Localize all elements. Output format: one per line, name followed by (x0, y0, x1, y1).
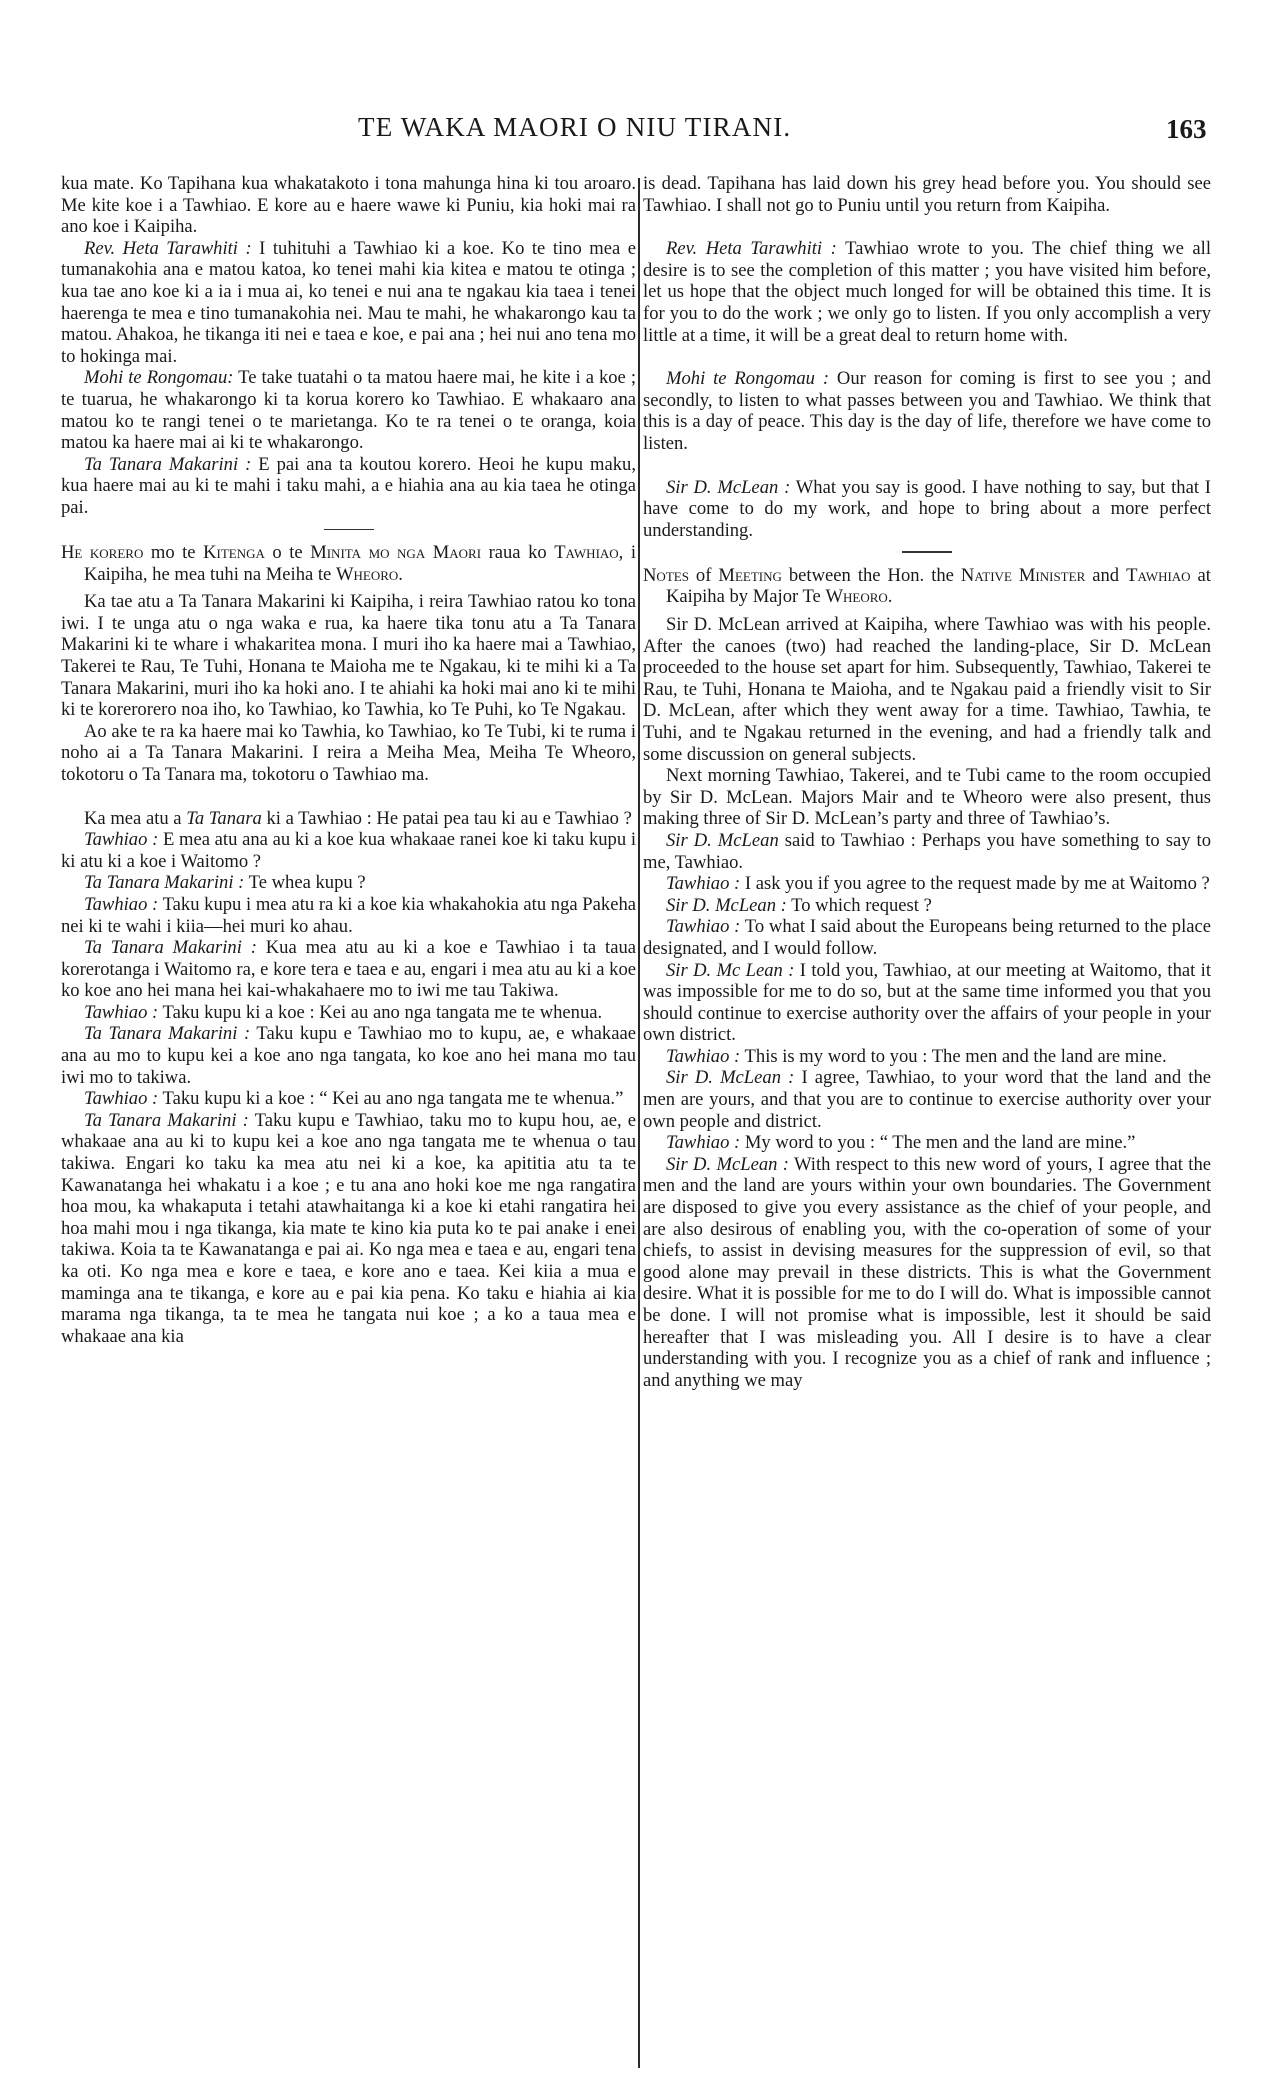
paragraph: Tawhiao : Taku kupu ki a koe : Kei au an… (61, 1002, 636, 1024)
paragraph: Sir D. McLean : To which request ? (643, 895, 1211, 917)
paragraph: Rev. Heta Tarawhiti : I tuhituhi a Tawhi… (61, 238, 636, 368)
speaker-name: Tawhiao : (666, 1046, 740, 1067)
speaker-name: Sir D. McLean (666, 830, 779, 851)
paragraph: Tawhiao : I ask you if you agree to the … (643, 873, 1211, 895)
paragraph: Rev. Heta Tarawhiti : Tawhiao wrote to y… (643, 238, 1211, 346)
speaker-name: Sir D. McLean : (666, 477, 790, 498)
speaker-name: Sir D. Mc Lean : (666, 960, 794, 981)
speaker-name: Tawhiao : (666, 873, 740, 894)
paragraph: Ta Tanara Makarini : Taku kupu e Tawhiao… (61, 1023, 636, 1088)
paragraph: Sir D. McLean arrived at Kaipiha, where … (643, 614, 1211, 765)
section-divider-rule (324, 529, 374, 531)
speaker-name: Tawhiao : (666, 916, 740, 937)
paragraph: is dead. Tapihana has laid down his grey… (643, 173, 1211, 216)
paragraph: Mohi te Rongomau: Te take tuatahi o ta m… (61, 367, 636, 453)
speaker-name: Tawhiao : (84, 1088, 158, 1109)
speaker-name: Ta Tanara Makarini : (84, 937, 257, 958)
paragraph: Sir D. McLean : What you say is good. I … (643, 477, 1211, 542)
speaker-name: Mohi te Rongomau : (666, 368, 829, 389)
speaker-name: Ta Tanara (186, 808, 262, 829)
paragraph: Ta Tanara Makarini : Taku kupu e Tawhiao… (61, 1110, 636, 1348)
paragraph: Tawhiao : Taku kupu i mea atu ra ki a ko… (61, 894, 636, 937)
speaker-name: Tawhiao : (84, 829, 158, 850)
paragraph: Sir D. McLean : With respect to this new… (643, 1154, 1211, 1392)
paragraph: Ka tae atu a Ta Tanara Makarini ki Kaipi… (61, 591, 636, 721)
paragraph: Tawhiao : My word to you : “ The men and… (643, 1132, 1211, 1154)
section-heading: He korero mo te Kitenga o te Minita mo n… (61, 542, 636, 585)
paragraph: Tawhiao : E mea atu ana au ki a koe kua … (61, 829, 636, 872)
speaker-name: Tawhiao : (84, 894, 158, 915)
speaker-name: Ta Tanara Makarini : (84, 1023, 250, 1044)
page-number: 163 (1166, 114, 1207, 145)
paragraph: Ta Tanara Makarini : Te whea kupu ? (61, 872, 636, 894)
speaker-name: Sir D. McLean : (666, 1154, 789, 1175)
speaker-name: Rev. Heta Tarawhiti : (84, 238, 252, 259)
column-divider (638, 178, 640, 2068)
section-heading: Notes of Meeting between the Hon. the Na… (643, 565, 1211, 608)
speaker-name: Tawhiao : (84, 1002, 158, 1023)
speaker-name: Sir D. McLean : (666, 1067, 794, 1088)
paragraph: Sir D. McLean said to Tawhiao : Perhaps … (643, 830, 1211, 873)
running-title: TE WAKA MAORI O NIU TIRANI. (358, 112, 791, 143)
speaker-name: Sir D. McLean : (666, 895, 787, 916)
maori-text-column: kua mate. Ko Tapihana kua whakatakoto i … (61, 173, 636, 1347)
speaker-name: Mohi te Rongomau: (84, 367, 233, 388)
paragraph: Ka mea atu a Ta Tanara ki a Tawhiao : He… (61, 808, 636, 830)
paragraph: kua mate. Ko Tapihana kua whakatakoto i … (61, 173, 636, 238)
english-text-column: is dead. Tapihana has laid down his grey… (643, 173, 1211, 1391)
paragraph: Sir D. McLean : I agree, Tawhiao, to you… (643, 1067, 1211, 1132)
paragraph: Ta Tanara Makarini : E pai ana ta koutou… (61, 454, 636, 519)
paragraph: Sir D. Mc Lean : I told you, Tawhiao, at… (643, 960, 1211, 1046)
paragraph: Tawhiao : To what I said about the Europ… (643, 916, 1211, 959)
section-divider-rule (902, 551, 952, 553)
paragraph: Mohi te Rongomau : Our reason for coming… (643, 368, 1211, 454)
speaker-name: Ta Tanara Makarini : (84, 1110, 249, 1131)
paragraph: Ao ake te ra ka haere mai ko Tawhia, ko … (61, 721, 636, 786)
page-header: TE WAKA MAORI O NIU TIRANI. 163 (0, 112, 1280, 152)
speaker-name: Rev. Heta Tarawhiti : (666, 238, 837, 259)
speaker-name: Tawhiao : (666, 1132, 740, 1153)
paragraph: Tawhiao : Taku kupu ki a koe : “ Kei au … (61, 1088, 636, 1110)
paragraph: Ta Tanara Makarini : Kua mea atu au ki a… (61, 937, 636, 1002)
speaker-name: Ta Tanara Makarini : (84, 454, 251, 475)
speaker-name: Ta Tanara Makarini : (84, 872, 244, 893)
paragraph: Tawhiao : This is my word to you : The m… (643, 1046, 1211, 1068)
paragraph: Next morning Tawhiao, Takerei, and te Tu… (643, 765, 1211, 830)
